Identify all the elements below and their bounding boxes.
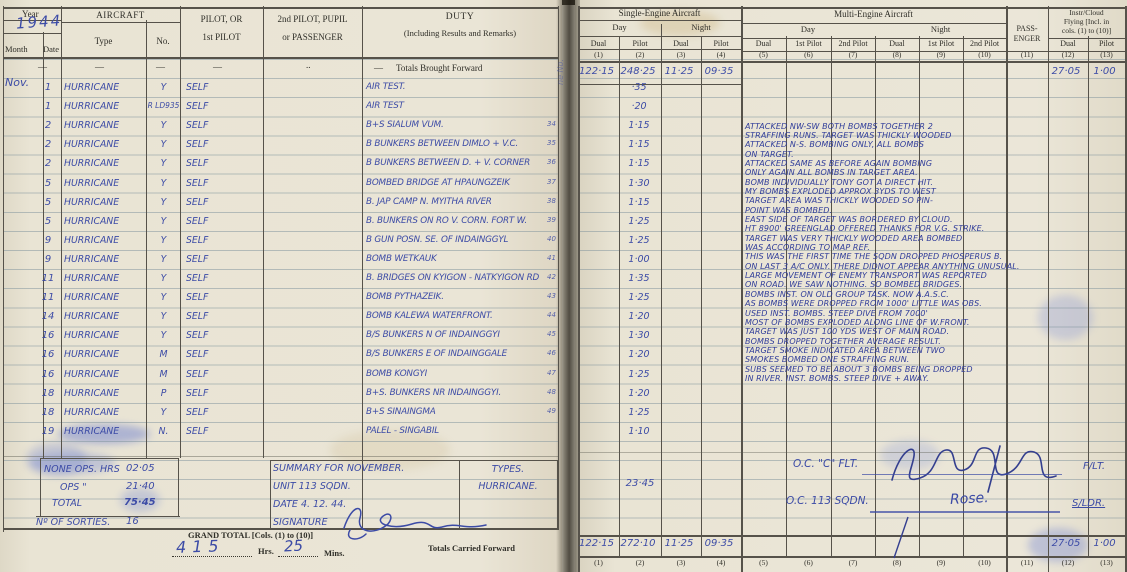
remarks-line: BOMBS INST. ON OLD GROUP TASK. NOW A.A.S… xyxy=(745,290,949,299)
duty-text: AIR TEST. xyxy=(366,82,405,92)
sortie-number: 41 xyxy=(547,254,556,262)
flight-time: 1·15 xyxy=(620,120,658,131)
duty-text: B/S BUNKERS E OF INDAINGGALE xyxy=(366,349,507,359)
aircraft-serial: M xyxy=(147,349,180,360)
flight-time: 1·20 xyxy=(620,349,658,360)
dash-date: — xyxy=(38,62,47,72)
grid-line xyxy=(270,460,271,528)
flight-date: 1 xyxy=(38,82,58,93)
grid-line xyxy=(661,24,662,556)
column-sub-header: Pilot xyxy=(619,39,661,48)
column-number-header: (2) xyxy=(619,50,661,59)
passenger-header-2: ENGER xyxy=(1006,34,1048,43)
duty-text: B/S BUNKERS N OF INDAINGGYI xyxy=(366,330,500,340)
grid-line xyxy=(178,458,179,516)
totals-brought-forward-dash: — xyxy=(374,63,383,73)
flight-time: 1·30 xyxy=(620,178,658,189)
oc-squadron-rank: S/LDR. xyxy=(1072,498,1105,509)
grid-line xyxy=(578,535,1125,537)
column-number-header: (11) xyxy=(1006,50,1048,59)
pilot-name: SELF xyxy=(186,369,208,380)
multi-engine-header: Multi-Engine Aircraft xyxy=(741,9,1006,19)
remarks-line: TARGET AREA WAS THICKLY WOODED SO PIN- xyxy=(745,196,933,205)
duty-text: B+S SIALUM VUM. xyxy=(366,120,444,130)
remarks-line: MY BOMBS EXPLODED APPROX 3YDS TO WEST xyxy=(745,187,936,196)
aircraft-serial: Y xyxy=(147,216,180,227)
pilot-name: SELF xyxy=(186,292,208,303)
remarks-line: ONLY AGAIN ALL BOMBS IN TARGET AREA. xyxy=(745,168,918,177)
pilot-name: SELF xyxy=(186,216,208,227)
single-engine-header: Single-Engine Aircraft xyxy=(578,8,741,18)
column-sub-header: 1st Pilot xyxy=(919,39,963,48)
totals-carried-forward-value: 272·10 xyxy=(617,538,659,549)
aircraft-serial: Y xyxy=(147,197,180,208)
duty-text: AIR TEST xyxy=(366,101,404,111)
types-label: TYPES. xyxy=(459,464,557,475)
column-sub-header: 2nd Pilot xyxy=(831,39,875,48)
pilot-name: SELF xyxy=(186,197,208,208)
remarks-line: TARGET SMOKE INDICATED AREA BETWEEN TWO xyxy=(745,346,945,355)
no-column-header: No. xyxy=(146,36,180,46)
aircraft-type: HURRICANE xyxy=(64,197,119,208)
column-number-header: (12) xyxy=(1048,50,1088,59)
remarks-line: ATTACKED N-S. BOMBING ONLY, ALL BOMBS xyxy=(745,140,924,149)
column-sub-header: Dual xyxy=(578,39,619,48)
grid-line xyxy=(3,33,61,34)
duty-text: BOMB PYTHAZEIK. xyxy=(366,292,444,302)
instr-cloud-header-3: cols. (1) to (10)] xyxy=(1048,26,1125,35)
column-number-footer: (3) xyxy=(661,558,701,567)
aircraft-serial: Y xyxy=(147,139,180,150)
flight-date: 11 xyxy=(38,292,58,303)
passenger-header-1: PASS- xyxy=(1006,24,1048,33)
grid-line xyxy=(1125,6,1127,572)
sortie-number: 40 xyxy=(547,235,556,243)
flight-time: 1·25 xyxy=(620,407,658,418)
flight-time: 1·30 xyxy=(620,330,658,341)
flight-date: 11 xyxy=(38,273,58,284)
aircraft-type: HURRICANE xyxy=(64,330,119,341)
grid-line xyxy=(557,460,558,528)
aircraft-serial: Y xyxy=(147,311,180,322)
column-number-footer: (4) xyxy=(701,558,741,567)
aircraft-serial: Y xyxy=(147,82,180,93)
flight-date: 19 xyxy=(38,426,58,437)
aircraft-type: HURRICANE xyxy=(64,369,119,380)
remarks-line: SUBS SEEMED TO BE ABOUT 3 BOMBS BEING DR… xyxy=(745,365,973,374)
flight-date: 18 xyxy=(38,388,58,399)
grand-total-hours-value: 415 xyxy=(176,536,225,557)
summary-label: Nº OF SORTIES. xyxy=(36,517,110,528)
sortie-number: 35 xyxy=(547,139,556,147)
flight-time: ·35 xyxy=(620,82,658,93)
column-number-header: (6) xyxy=(786,50,831,59)
remarks-line: ATTACKED SAME AS BEFORE AGAIN BOMBING xyxy=(745,159,932,168)
sortie-number: 38 xyxy=(547,197,556,205)
remarks-line: ATTACKED NW-SW BOTH BOMBS TOGETHER 2 xyxy=(745,122,933,131)
duty-text: BOMB WETKAUK xyxy=(366,254,437,264)
totals-brought-forward-value: 09·35 xyxy=(699,66,739,77)
oc-squadron-signature: Rose. xyxy=(950,490,989,508)
pilot-name: SELF xyxy=(186,158,208,169)
sortie-number: 36 xyxy=(547,158,556,166)
aircraft-serial: R LD935 xyxy=(147,101,180,110)
column-number-footer: (6) xyxy=(786,558,831,567)
aircraft-type: HURRICANE xyxy=(64,178,119,189)
summary-label: TOTAL xyxy=(52,498,82,509)
aircraft-serial: Y xyxy=(147,292,180,303)
dash-pilot: — xyxy=(213,62,222,72)
column-number-header: (8) xyxy=(875,50,919,59)
flight-time: 1·10 xyxy=(620,426,658,437)
duty-text: B GUN POSN. SE. OF INDAINGGYL xyxy=(366,235,508,245)
remarks-line: SMOKES BOMBED ONE STRAFFING RUN. xyxy=(745,355,909,364)
pilot-name: SELF xyxy=(186,407,208,418)
totals-carried-forward-value: 122·15 xyxy=(576,538,617,549)
sortie-number: 49 xyxy=(547,407,556,415)
oc-squadron-underline xyxy=(870,511,1060,513)
aircraft-serial: Y xyxy=(147,407,180,418)
pilot-name: SELF xyxy=(186,426,208,437)
sortie-number: 43 xyxy=(547,292,556,300)
flight-date: 2 xyxy=(38,139,58,150)
aircraft-type: HURRICANE xyxy=(64,139,119,150)
grid-line xyxy=(270,460,557,461)
date-label: Date xyxy=(43,44,59,54)
flight-date: 18 xyxy=(38,407,58,418)
type-column-header: Type xyxy=(61,36,146,46)
grid-line xyxy=(578,6,580,572)
aircraft-serial: Y xyxy=(147,254,180,265)
column-number-footer: (11) xyxy=(1006,558,1048,567)
remarks-line: MOST OF BOMBS EXPLODED ALONG LINE OF W.F… xyxy=(745,318,970,327)
aircraft-type: HURRICANE xyxy=(64,273,119,284)
grid-line xyxy=(362,6,363,530)
sortie-number: 37 xyxy=(547,178,556,186)
flight-time: ·20 xyxy=(620,101,658,112)
oc-flight-rank: F/LT. xyxy=(1083,461,1105,472)
duty-text: B. BUNKERS ON RO V. CORN. FORT W. xyxy=(366,216,527,226)
oc-flight-label: O.C. "C" FLT. xyxy=(793,458,858,470)
column-sub-header: 1st Pilot xyxy=(786,39,831,48)
spine-vertical-text: ne No. xyxy=(556,59,565,85)
grid-line xyxy=(1088,36,1089,556)
aircraft-type: HURRICANE xyxy=(64,254,119,265)
flight-date: 16 xyxy=(38,369,58,380)
flight-date: 2 xyxy=(38,158,58,169)
remarks-line: WAS ACCORDING TO MAP REF. xyxy=(745,243,870,252)
pilot-name: SELF xyxy=(186,349,208,360)
instr-cloud-header-2: Flying [Incl. in xyxy=(1048,17,1125,26)
pen-slash-mark xyxy=(888,515,912,560)
summary-month-line: SUMMARY FOR NOVEMBER. xyxy=(273,463,404,474)
column-number-header: (9) xyxy=(919,50,963,59)
column-number-header: (13) xyxy=(1088,50,1125,59)
aircraft-serial: N. xyxy=(147,426,180,437)
hours-label: Hrs. xyxy=(258,546,274,556)
oc-flight-signature-scribble xyxy=(880,440,1070,495)
remarks-line: IN RIVER. INST. BOMBS. STEEP DIVE + AWAY… xyxy=(745,374,929,383)
column-number-footer: (5) xyxy=(741,558,786,567)
grid-line xyxy=(578,84,741,85)
pilot-name: SELF xyxy=(186,235,208,246)
summary-label: OPS " xyxy=(60,482,87,493)
column-number-header: (7) xyxy=(831,50,875,59)
sortie-number: 34 xyxy=(547,120,556,128)
summary-unit-line: UNIT 113 SQDN. xyxy=(273,481,351,492)
duty-text: BOMB KALEWA WATERFRONT. xyxy=(366,311,493,321)
grid-line xyxy=(3,7,558,9)
aircraft-serial: Y xyxy=(147,178,180,189)
flight-time: 1·25 xyxy=(620,235,658,246)
flight-date: 5 xyxy=(38,178,58,189)
column-sub-header: Pilot xyxy=(701,39,741,48)
totals-brought-forward-value: 1·00 xyxy=(1086,66,1123,77)
duty-text: PALEL - SINGABIL xyxy=(366,426,439,436)
single-night-header: Night xyxy=(661,22,741,32)
duty-column-header-1: DUTY xyxy=(362,12,558,22)
duty-text: B+S SINAINGMA xyxy=(366,407,436,417)
remarks-line: BOMBS DROPPED TOGETHER AVERAGE RESULT. xyxy=(745,337,941,346)
pilot-name: SELF xyxy=(186,139,208,150)
column-number-header: (10) xyxy=(963,50,1006,59)
oc-flight-underline xyxy=(862,474,1062,475)
duty-text: B. BRIDGES ON KYIGON - NATKYIGON RD xyxy=(366,273,539,283)
aircraft-serial: P xyxy=(147,388,180,399)
grid-line xyxy=(578,20,741,21)
column-number-footer: (12) xyxy=(1048,558,1088,567)
totals-brought-forward-value: 11·25 xyxy=(659,66,699,77)
remarks-line: AS BOMBS WERE DROPPED FROM 1000' LITTLE … xyxy=(745,299,982,308)
grand-total-mins-value: 25 xyxy=(284,537,304,556)
remarks-line: POINT WAS BOMBED. xyxy=(745,206,832,215)
remarks-line: ON ROAD. WE SAW NOTHING. SO BOMBED BRIDG… xyxy=(745,280,962,289)
flight-date: 14 xyxy=(38,311,58,322)
grid-line xyxy=(40,458,41,516)
flight-date: 5 xyxy=(38,216,58,227)
flight-time: 1·15 xyxy=(620,158,658,169)
dash-second-pilot: .. xyxy=(306,60,311,70)
flight-time: 1·25 xyxy=(620,216,658,227)
column-number-footer: (13) xyxy=(1088,558,1125,567)
mins-underline xyxy=(278,556,318,557)
aircraft-serial: Y xyxy=(147,120,180,131)
duty-text: B BUNKERS BETWEEN DIMLO + V.C. xyxy=(366,139,518,149)
duty-text: B+S. BUNKERS NR INDAINGGYI. xyxy=(366,388,501,398)
remarks-line: BOMB INDIVIDUALLY TONY GOT A DIRECT HIT. xyxy=(745,178,933,187)
oc-squadron-label: O.C. 113 SQDN. xyxy=(786,495,869,507)
types-value: HURRICANE. xyxy=(459,481,557,492)
remarks-line: LARGE MOVEMENT OF ENEMY TRANSPORT WAS RE… xyxy=(745,271,987,280)
flight-date: 5 xyxy=(38,197,58,208)
sortie-number: 47 xyxy=(547,369,556,377)
column-sub-header: 2nd Pilot xyxy=(963,39,1006,48)
pilot-name: SELF xyxy=(186,388,208,399)
column-number-footer: (10) xyxy=(963,558,1006,567)
flight-date: 2 xyxy=(38,120,58,131)
totals-brought-forward-value: 122·15 xyxy=(576,66,617,77)
totals-carried-forward-value: 09·35 xyxy=(699,538,739,549)
flight-time: 1·25 xyxy=(620,292,658,303)
aircraft-serial: Y xyxy=(147,273,180,284)
grid-line xyxy=(578,36,741,37)
remarks-line: ON TARGET. xyxy=(745,150,794,159)
hours-underline xyxy=(172,556,252,557)
sortie-number: 44 xyxy=(547,311,556,319)
flight-time: 1·15 xyxy=(620,139,658,150)
month-label: Month xyxy=(5,44,28,54)
pilot-name: SELF xyxy=(186,254,208,265)
aircraft-serial: Y xyxy=(147,158,180,169)
flight-time: 1·20 xyxy=(620,388,658,399)
binding-spine xyxy=(556,0,580,572)
column-sub-header: Dual xyxy=(1048,39,1088,48)
signature-scribble xyxy=(330,500,495,542)
column-number-header: (1) xyxy=(578,50,619,59)
pilot-name: SELF xyxy=(186,120,208,131)
aircraft-type: HURRICANE xyxy=(64,426,119,437)
summary-label: NONE OPS. HRS xyxy=(44,464,120,475)
flight-time: 1·20 xyxy=(620,311,658,322)
pilot-name: SELF xyxy=(186,178,208,189)
grid-line xyxy=(578,61,1125,63)
grid-line xyxy=(741,6,743,572)
grid-line xyxy=(180,6,181,458)
totals-carried-forward-value: 27·05 xyxy=(1046,538,1086,549)
column-number-footer: (8) xyxy=(875,558,919,567)
remarks-line: EAST SIDE OF TARGET WAS BORDERED BY CLOU… xyxy=(745,215,953,224)
totals-brought-forward-value: 248·25 xyxy=(617,66,659,77)
grid-line xyxy=(61,6,62,458)
duty-text: BOMB KONGYI xyxy=(366,369,427,379)
pilot-name: SELF xyxy=(186,311,208,322)
year-value: 1944 xyxy=(15,11,62,32)
column-number-footer: (9) xyxy=(919,558,963,567)
grid-line xyxy=(3,6,4,532)
sortie-number: 39 xyxy=(547,216,556,224)
flight-time: 1·35 xyxy=(620,273,658,284)
instr-cloud-header-1: Instr/Cloud xyxy=(1048,8,1125,17)
second-pilot-column-header-2: or PASSENGER xyxy=(263,32,362,42)
dash-type: — xyxy=(95,62,104,72)
totals-brought-forward-label: Totals Brought Forward xyxy=(396,63,482,73)
column-number-footer: (2) xyxy=(619,558,661,567)
flight-date: 16 xyxy=(38,349,58,360)
flight-date: 16 xyxy=(38,330,58,341)
summary-value: 02·05 xyxy=(126,463,155,474)
column-number-footer: (1) xyxy=(578,558,619,567)
column-number-header: (3) xyxy=(661,50,701,59)
grid-line xyxy=(40,458,178,459)
flight-time: 1·25 xyxy=(620,369,658,380)
remarks-line: HT 8900' GREENGLAD OFFERED THANKS FOR V.… xyxy=(745,224,984,233)
sortie-number: 45 xyxy=(547,330,556,338)
flight-date: 1 xyxy=(38,101,58,112)
column-sub-header: Dual xyxy=(661,39,701,48)
grid-line xyxy=(61,22,180,23)
summary-value: 75·45 xyxy=(124,497,156,508)
remarks-line: THIS WAS THE FIRST TIME THE SQDN DROPPED… xyxy=(745,252,1002,261)
column-sub-header: Dual xyxy=(741,39,786,48)
monthly-total-value: 23·45 xyxy=(619,478,661,489)
aircraft-type: HURRICANE xyxy=(64,101,119,112)
single-day-header: Day xyxy=(578,22,661,32)
aircraft-type: HURRICANE xyxy=(64,82,119,93)
totals-carried-forward-label: Totals Carried Forward xyxy=(428,543,515,553)
aircraft-serial: M xyxy=(147,369,180,380)
pilot-name: SELF xyxy=(186,101,208,112)
logbook-spread: Year 1944 Month Date AIRCRAFT Type No. P… xyxy=(0,0,1127,572)
aircraft-type: HURRICANE xyxy=(64,407,119,418)
multi-day-header: Day xyxy=(741,24,875,34)
grid-line xyxy=(701,36,702,556)
multi-night-header: Night xyxy=(875,24,1006,34)
duty-text: B. JAP CAMP N. MYITHA RIVER xyxy=(366,197,492,207)
aircraft-type: HURRICANE xyxy=(64,235,119,246)
summary-signature-label: SIGNATURE xyxy=(273,517,327,528)
pilot-name: SELF xyxy=(186,330,208,341)
aircraft-type: HURRICANE xyxy=(64,120,119,131)
grid-line xyxy=(263,6,264,458)
column-sub-header: Pilot xyxy=(1088,39,1125,48)
duty-text: B BUNKERS BETWEEN D. + V. CORNER xyxy=(366,158,530,168)
pilot-name: SELF xyxy=(186,82,208,93)
aircraft-type: HURRICANE xyxy=(64,158,119,169)
totals-carried-forward-value: 1·00 xyxy=(1086,538,1123,549)
aircraft-type: HURRICANE xyxy=(64,311,119,322)
aircraft-type: HURRICANE xyxy=(64,292,119,303)
second-pilot-column-header-1: 2nd PILOT, PUPIL xyxy=(263,14,362,24)
column-number-header: (4) xyxy=(701,50,741,59)
grid-line xyxy=(3,57,558,59)
column-number-header: (5) xyxy=(741,50,786,59)
column-sub-header: Dual xyxy=(875,39,919,48)
remarks-line: TARGET WAS JUST 100 YDS WEST OF MAIN ROA… xyxy=(745,327,949,336)
remarks-line: TARGET WAS VERY THICKLY WOODED AREA BOMB… xyxy=(745,234,962,243)
summary-value: 16 xyxy=(126,516,139,527)
duty-column-header-2: (Including Results and Remarks) xyxy=(362,28,558,38)
aircraft-column-header: AIRCRAFT xyxy=(61,10,180,20)
grid-line xyxy=(3,456,558,457)
aircraft-type: HURRICANE xyxy=(64,349,119,360)
mins-label: Mins. xyxy=(324,548,345,558)
flight-time: 1·00 xyxy=(620,254,658,265)
totals-carried-forward-value: 11·25 xyxy=(659,538,699,549)
month-value: Nov. xyxy=(5,76,29,89)
aircraft-serial: Y xyxy=(147,235,180,246)
sortie-number: 48 xyxy=(547,388,556,396)
remarks-line: ON LAST 3 A/C ONLY. THERE DIDNOT APPEAR … xyxy=(745,262,1020,271)
dash-no: — xyxy=(156,62,165,72)
remarks-line: USED INST. BOMBS. STEEP DIVE FROM 7000' xyxy=(745,309,928,318)
flight-date: 9 xyxy=(38,254,58,265)
column-number-footer: (7) xyxy=(831,558,875,567)
pilot-column-header-1: PILOT, OR xyxy=(180,14,263,24)
sortie-number: 46 xyxy=(547,349,556,357)
sortie-number: 42 xyxy=(547,273,556,281)
totals-brought-forward-value: 27·05 xyxy=(1046,66,1086,77)
flight-date: 9 xyxy=(38,235,58,246)
aircraft-type: HURRICANE xyxy=(64,388,119,399)
remarks-line: STRAFFING RUNS. TARGET WAS THICKLY WOODE… xyxy=(745,131,952,140)
summary-value: 21·40 xyxy=(126,481,155,492)
pilot-column-header-2: 1st PILOT xyxy=(180,32,263,42)
aircraft-serial: Y xyxy=(147,330,180,341)
duty-text: BOMBED BRIDGE AT HPAUNGZEIK xyxy=(366,178,510,188)
aircraft-type: HURRICANE xyxy=(64,216,119,227)
flight-time: 1·15 xyxy=(620,197,658,208)
pilot-name: SELF xyxy=(186,273,208,284)
